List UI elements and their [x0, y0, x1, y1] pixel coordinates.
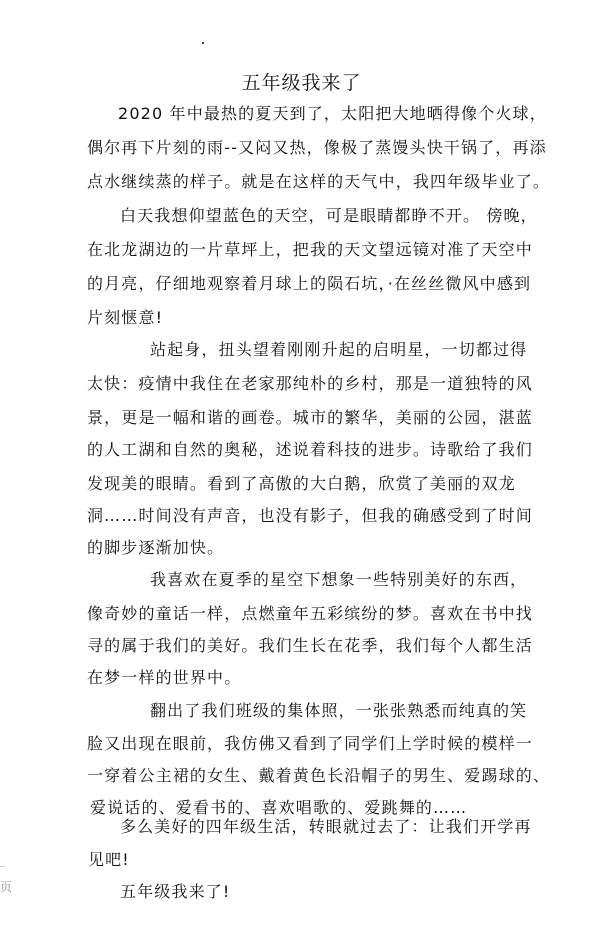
text-line: 一穿着公主裙的女生、戴着黄色长沿帽子的男生、爱踢球的、 [87, 766, 550, 786]
text-line: 发现美的眼睛。看到了高傲的大白鹅，欣赏了美丽的双龙 [87, 474, 516, 494]
text-line: 多么美好的四年级生活，转眼就过去了：让我们开学再 [120, 817, 532, 837]
text-line: 我喜欢在夏季的星空下想象一些特别美好的东西， [150, 570, 527, 590]
text-line: 翻出了我们班级的集体照，一张张熟悉而纯真的笑 [150, 701, 527, 721]
text-line: 像奇妙的童话一样，点燃童年五彩缤纷的梦。喜欢在书中找 [87, 604, 533, 624]
text-line: 片刻惬意! [87, 308, 163, 328]
text-line: 洞……时间没有声音，也没有影子，但我的确感受到了时间 [87, 506, 533, 526]
text-line: 爱说话的、爱看书的、喜欢唱歌的、爱跳舞的…… [90, 798, 467, 818]
text-line: 太快：疫情中我住在老家那纯朴的乡村，那是一道独特的风 [87, 374, 533, 394]
edge-artifact-char: 页 [0, 878, 12, 895]
text-line: 的脚步逐渐加快。 [87, 538, 224, 558]
text-line: 见吧! [88, 850, 130, 870]
edge-artifact-line [0, 866, 5, 867]
text-line: 寻的属于我们的美好。我们生长在花季，我们每个人都生活 [87, 636, 533, 656]
text-line: 的月亮，仔细地观察着月球上的陨石坑，·在丝丝微风中感到 [87, 274, 531, 294]
text-line: 的人工湖和自然的奥秘，述说着科技的进步。诗歌给了我们 [87, 440, 533, 460]
stray-dot [202, 42, 204, 44]
text-line: 脸又出现在眼前，我仿佛又看到了同学们上学时候的模样一 [87, 734, 533, 754]
text-line: 五年级我来了! [120, 882, 230, 902]
text-line: 偶尔再下片刻的雨--又闷又热，像极了蒸馒头快干锅了，再添 [87, 138, 547, 158]
document-title: 五年级我来了 [0, 68, 593, 95]
text-line: 在北龙湖边的一片草坪上，把我的天文望远镜对准了天空中 [87, 240, 533, 260]
text-line: 白天我想仰望蓝色的天空，可是眼睛都睁不开。 傍晚， [120, 206, 538, 226]
text-line: 在梦一样的世界中。 [87, 668, 241, 688]
text-line: 2020 年中最热的夏天到了，太阳把大地晒得像个火球， [118, 104, 547, 124]
text-line: 点水继续蒸的样子。就是在这样的天气中，我四年级毕业了。 [87, 172, 550, 192]
text-line: 站起身，扭头望着刚刚升起的启明星，一切都过得 [150, 340, 527, 360]
text-line: 景，更是一幅和谐的画卷。城市的繁华，美丽的公园，湛蓝 [87, 408, 533, 428]
